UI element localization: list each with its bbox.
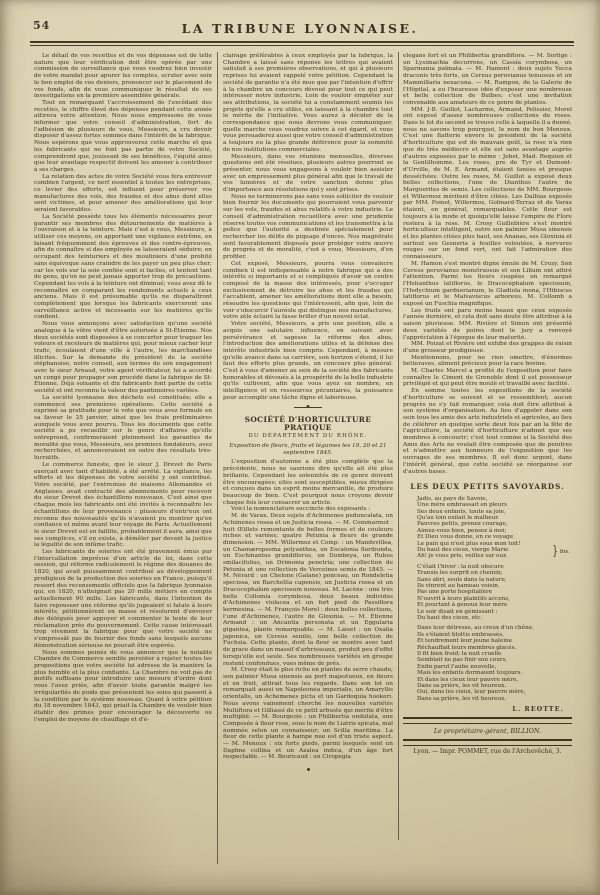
paragraph: M. de Varax. Deux sujets d'Achimenes ped…	[223, 513, 393, 667]
bis-marker: }bis.	[551, 546, 570, 559]
paragraph: M. Hamon s'est montré digne émule de M. …	[403, 261, 572, 308]
paragraph: Le commerce funeste, que le sieur J. Dre…	[34, 462, 212, 549]
masthead-rule-thin	[30, 45, 574, 46]
bis-brace: }	[552, 549, 558, 555]
poem-signature: L. REOTTE.	[403, 707, 564, 714]
paragraph: M. Crosy était le plus riche en plantes …	[223, 667, 393, 761]
paragraph: Nous vous annonçons avec satisfaction qu…	[34, 321, 212, 395]
paragraph: La relation des actes de votre Société v…	[34, 174, 212, 214]
paragraph: Tout en remarquant l'accroissement de l'…	[34, 100, 212, 174]
publisher-line: Le propriétaire-gérant, BILLION.	[403, 728, 572, 735]
paragraph-continuation: elegans fort et un Philibertia grandiflo…	[403, 53, 572, 107]
poem-stanza: Jadis, au pays de Savoie,Une mère embras…	[417, 496, 572, 560]
paragraph: Cet exposé, Messieurs, pourra vous conva…	[223, 261, 393, 321]
column-1: Le détail de vos recettes et de vos dépe…	[34, 53, 212, 723]
poem-title: LES DEUX PETITS SAVOYARDS.	[403, 483, 572, 491]
paragraph: Messieurs, dans vos réunions mensuelles,…	[223, 154, 393, 194]
paragraph: MM. Poizat et Rivière ont exhibé des gra…	[403, 341, 572, 354]
section-subtitle: DU DÉPARTEMENT DU RHÔNE.	[223, 433, 393, 440]
paragraph: Voici la nomenclature succincte des expo…	[223, 506, 393, 513]
paragraph: Nous ne terminerons pas sans vous sollic…	[223, 194, 393, 261]
end-ornament	[307, 768, 310, 771]
separator-rule	[403, 717, 572, 724]
bis-label: bis.	[560, 549, 570, 555]
section-ornament	[294, 407, 322, 411]
paragraph: M. Charles Marcel a profité de l'exposit…	[403, 368, 572, 388]
paragraph: Les fruits ont paru moins beaux que ceux…	[403, 308, 572, 342]
masthead-title: LA TRIBUNE LYONNAISE.	[0, 21, 600, 36]
poem-stanza: Dans leur détresse, au creux d'un chêne,…	[417, 625, 572, 702]
column-separator-2	[398, 52, 399, 840]
paragraph: Votre société, Messieurs, a pris une pos…	[223, 321, 393, 401]
paragraph: La Société possède tous les éléments néc…	[34, 214, 212, 321]
paragraph: L'exposition d'automne a été plus complè…	[223, 459, 393, 506]
section-title: SOCIÉTÉ D'HORTICULTURE PRATIQUE	[223, 416, 393, 433]
paragraph-continuation: clairage préférables à ceux employés par…	[223, 53, 393, 154]
poem-stanza: C'était l'hiver : la nuit obscureTransis…	[417, 564, 572, 622]
column-3: elegans fort et un Philibertia grandiflo…	[403, 53, 572, 755]
paragraph: Mentionnons, pour ne rien omettre, d'éno…	[403, 355, 572, 368]
paragraph: Les fabricants de soieries ont été grave…	[34, 549, 212, 650]
column-2: clairage préférables à ceux employés par…	[223, 53, 393, 771]
paragraph: MM. J-B. Guillot, Lacharme, Armand, Peli…	[403, 107, 572, 261]
paragraph: En somme toutes les expositions de la so…	[403, 388, 572, 475]
paragraph: La société lyonnaise des déchets est con…	[34, 395, 212, 462]
imprint-line: Lyon. — Impr. POMMET, rue de l'Archevêch…	[403, 749, 572, 756]
masthead-rule-thick	[30, 41, 574, 43]
paragraph: Le détail de vos recettes et de vos dépe…	[34, 53, 212, 100]
column-separator-1	[217, 52, 218, 864]
paragraph: Nous sommes peinés de vous annoncer que …	[34, 650, 212, 724]
exhibition-caption: Exposition de fleurs, fruits et légumes …	[223, 443, 393, 456]
separator-rule	[403, 739, 572, 746]
